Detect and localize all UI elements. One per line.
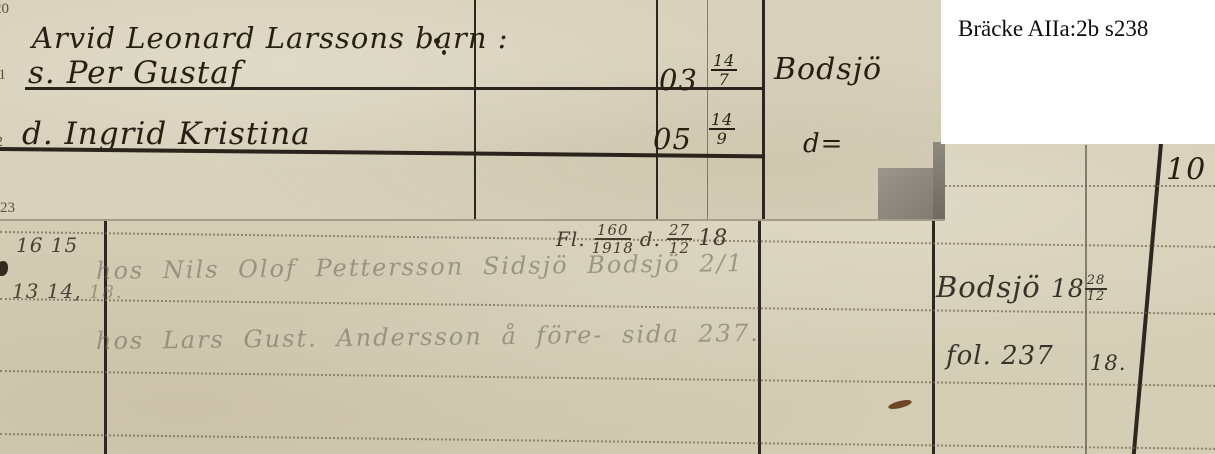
person-name: d. Ingrid Kristina	[22, 119, 311, 150]
birthdate-fraction: 14 7	[711, 53, 737, 87]
fraction-month: 7	[719, 71, 730, 87]
ink-dot	[434, 38, 440, 44]
destination-date-fraction: 2812	[1085, 275, 1108, 304]
strikethrough-line	[0, 147, 765, 158]
archive-label-text: Bräcke AIIa:2b s238	[958, 16, 1148, 42]
ink-blot	[0, 261, 8, 276]
fraction-day: 14	[711, 53, 737, 71]
person-name: s. Per Gustaf	[28, 58, 242, 89]
scan-fragment-top: 20 21 22 23 Arvid Leonard Larssons barn …	[0, 0, 945, 221]
strikethrough-line	[25, 87, 763, 90]
moved-note-label: Fl.	[556, 229, 586, 249]
margin-numbers: 16 15	[16, 235, 78, 255]
margin-numbers-pencil: 18.	[89, 282, 124, 303]
birth-parish: Bodsjö	[774, 55, 882, 85]
row-rule-dotted	[0, 433, 1215, 450]
fraction-month: 9	[717, 130, 728, 146]
archive-label-area: Bräcke AIIa:2b s238	[941, 0, 1215, 144]
fraction-number: 160	[595, 223, 631, 240]
moved-note-year: 18	[698, 228, 728, 250]
stain-mark	[888, 398, 913, 411]
row-rule-dotted	[0, 370, 1215, 387]
ditto-mark: d=	[803, 131, 843, 157]
ink-dot	[442, 50, 446, 55]
margin-numbers-ink: 13 14,	[12, 279, 82, 303]
destination-parish: Bodsjö	[936, 270, 1041, 304]
ledger-row-number: 23	[0, 201, 15, 216]
fraction-day: 28	[1085, 275, 1108, 290]
column-line-slanted	[1131, 143, 1163, 454]
birthdate-fraction: 14 9	[709, 112, 735, 146]
column-line	[656, 0, 658, 219]
screenshot-stage: 16 15 13 14, 18. 10 1 1 Fl. 160 1918 d. …	[0, 0, 1215, 454]
birth-year: 05	[653, 125, 692, 154]
column-line	[932, 221, 935, 454]
corner-date: 10 1 1	[1166, 155, 1215, 188]
folio-reference: fol. 237	[946, 343, 1054, 369]
scan-edge-shadow	[933, 142, 945, 219]
destination-entry: Bodsjö 182812	[936, 273, 1107, 303]
pencil-annotation-2: hos Lars Gust. Andersson å före- sida 23…	[96, 321, 760, 353]
birth-year: 03	[659, 66, 698, 95]
corner-date-number: 10	[1166, 152, 1206, 187]
ledger-row-number: 21	[0, 68, 6, 83]
folio-year: 18.	[1090, 353, 1126, 374]
column-line	[762, 0, 765, 219]
ledger-row-number: 20	[0, 2, 9, 17]
pencil-annotation-1: hos Nils Olof Pettersson Sidsjö Bodsjö 2…	[96, 251, 744, 283]
fraction-day: 27	[667, 223, 692, 240]
destination-year: 18	[1051, 274, 1085, 303]
fraction-month: 12	[1087, 290, 1106, 303]
fraction-day: 14	[709, 112, 735, 130]
column-line	[707, 0, 708, 219]
moved-note-d: d.	[640, 229, 661, 249]
